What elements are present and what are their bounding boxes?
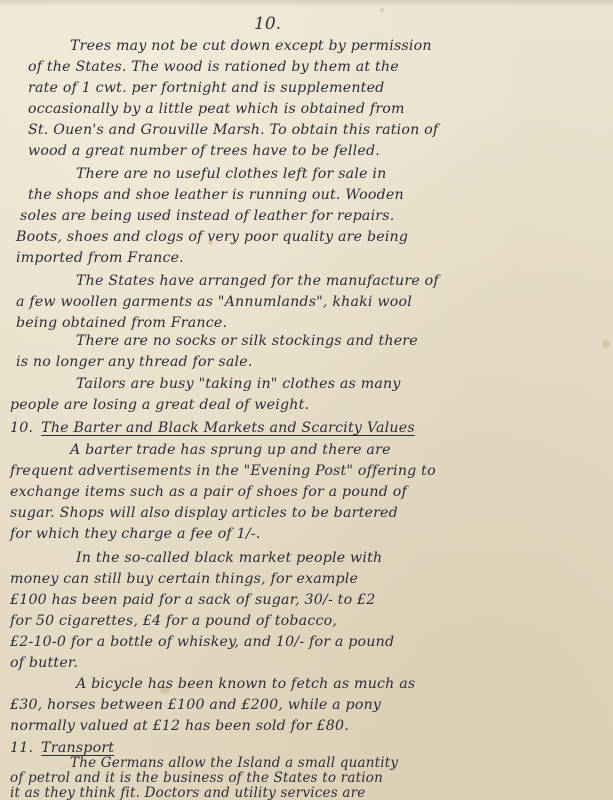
text-line: rate of 1 cwt. per fortnight and is supp… bbox=[28, 80, 384, 96]
section-number: 11. bbox=[10, 740, 33, 756]
page-number: 10. bbox=[254, 14, 281, 34]
text-line: for which they charge a fee of 1/-. bbox=[10, 526, 261, 542]
text-line: for 50 cigarettes, £4 for a pound of tob… bbox=[10, 613, 337, 629]
text-line: Boots, shoes and clogs of very poor qual… bbox=[16, 229, 408, 245]
text-line: £30, horses between £100 and £200, while… bbox=[10, 697, 381, 713]
text-line: people are losing a great deal of weight… bbox=[10, 397, 309, 413]
section-heading-barter: 10.The Barter and Black Markets and Scar… bbox=[10, 420, 415, 436]
section-number: 10. bbox=[10, 420, 33, 436]
text-line: A barter trade has sprung up and there a… bbox=[70, 442, 391, 458]
text-line: There are no socks or silk stockings and… bbox=[76, 333, 418, 349]
text-line: £2-10-0 for a bottle of whiskey, and 10/… bbox=[10, 634, 394, 650]
text-line: wood a great number of trees have to be … bbox=[28, 143, 380, 159]
text-line: St. Ouen's and Grouville Marsh. To obtai… bbox=[28, 122, 438, 138]
text-line: frequent advertisements in the "Evening … bbox=[10, 463, 436, 479]
text-line: A bicycle has been known to fetch as muc… bbox=[76, 676, 415, 692]
text-line: being obtained from France. bbox=[16, 315, 227, 331]
paper-stain bbox=[380, 8, 384, 12]
section-heading-transport: 11.Transport bbox=[10, 740, 114, 756]
text-line: Tailors are busy "taking in" clothes as … bbox=[76, 376, 401, 392]
text-line: normally valued at £12 has been sold for… bbox=[10, 718, 349, 734]
text-line: a few woollen garments as "Annumlands", … bbox=[16, 294, 412, 310]
text-line: sugar. Shops will also display articles … bbox=[10, 505, 398, 521]
text-line: The States have arranged for the manufac… bbox=[76, 273, 439, 289]
page-edge-shadow bbox=[0, 0, 613, 6]
section-title: The Barter and Black Markets and Scarcit… bbox=[41, 420, 415, 436]
text-line: of butter. bbox=[10, 655, 78, 671]
text-line: of petrol and it is the business of the … bbox=[10, 770, 383, 786]
text-line: is no longer any thread for sale. bbox=[16, 354, 253, 370]
text-line: of the States. The wood is rationed by t… bbox=[28, 59, 399, 75]
paper-stain bbox=[602, 340, 610, 348]
text-line: money can still buy certain things, for … bbox=[10, 571, 358, 587]
text-line: the shops and shoe leather is running ou… bbox=[28, 187, 404, 203]
text-line: Trees may not be cut down except by perm… bbox=[70, 38, 432, 54]
text-line: The Germans allow the Island a small qua… bbox=[70, 755, 398, 771]
text-line: exchange items such as a pair of shoes f… bbox=[10, 484, 407, 500]
text-line: it as they think fit. Doctors and utilit… bbox=[10, 785, 365, 800]
text-line: In the so-called black market people wit… bbox=[76, 550, 382, 566]
text-line: soles are being used instead of leather … bbox=[20, 208, 394, 224]
manuscript-page: 10. Trees may not be cut down except by … bbox=[0, 0, 613, 800]
text-line: imported from France. bbox=[16, 250, 184, 266]
text-line: £100 has been paid for a sack of sugar, … bbox=[10, 592, 375, 608]
text-line: occasionally by a little peat which is o… bbox=[28, 101, 405, 117]
section-title: Transport bbox=[41, 740, 114, 756]
text-line: There are no useful clothes left for sal… bbox=[76, 166, 386, 182]
